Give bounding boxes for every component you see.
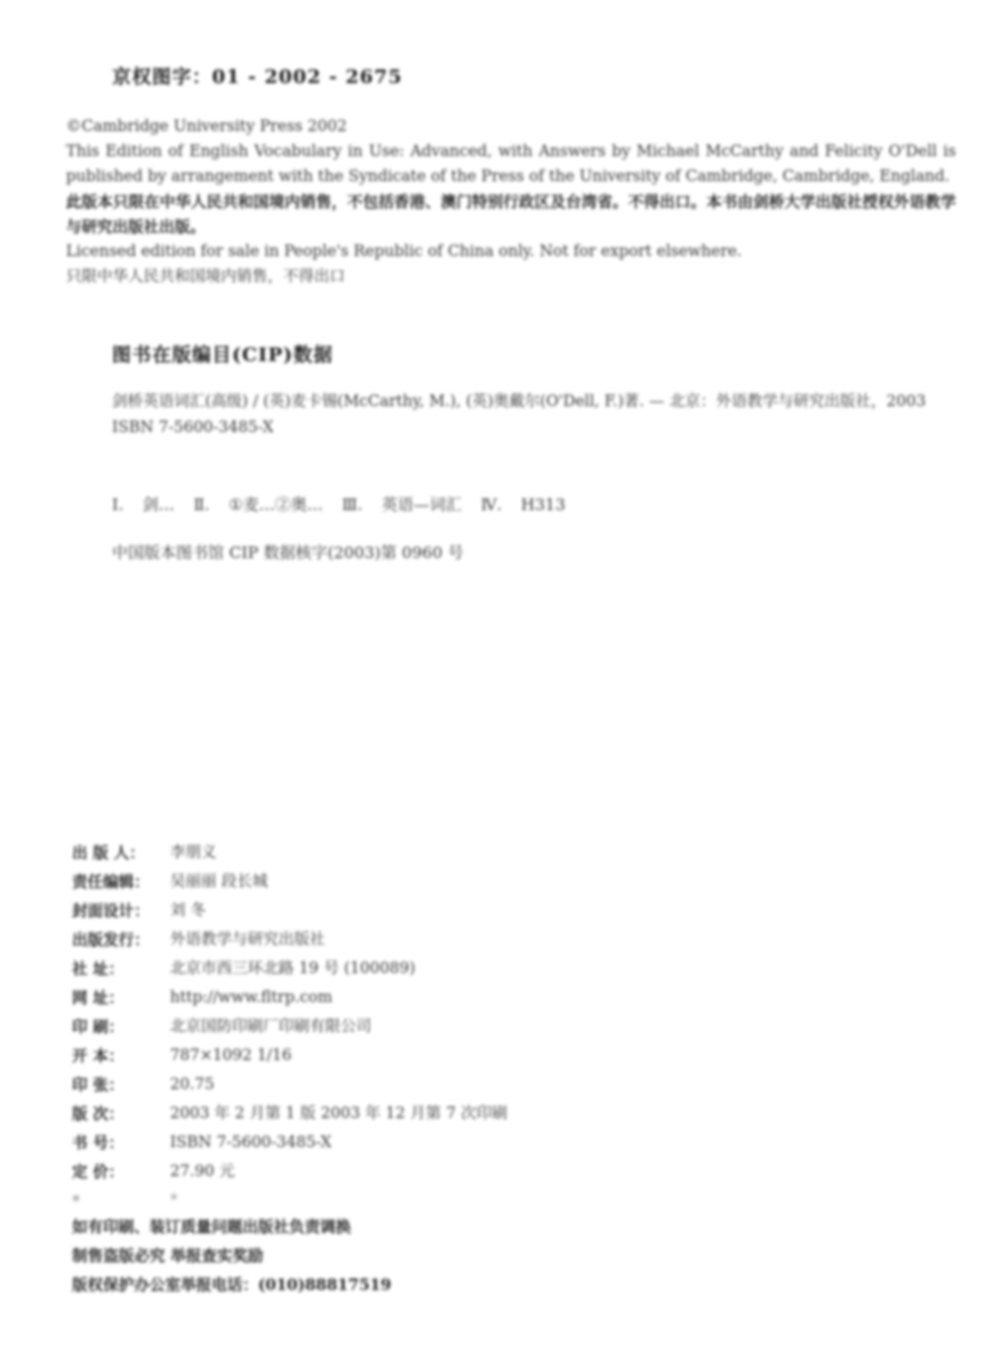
quality-notice: 如有印刷、装订质量问题出版社负责调换 xyxy=(72,1212,391,1241)
copyright-line: ©Cambridge University Press 2002 xyxy=(66,114,956,139)
imprint-value: 外语教学与研究出版社 xyxy=(170,925,325,954)
imprint-row-printer: 印 刷：北京国防印刷厂印刷有限公司 xyxy=(72,1012,507,1041)
imprint-row-publisher-person: 出 版 人：李朋义 xyxy=(72,838,507,867)
imprint-label: 印 刷： xyxy=(72,1012,170,1041)
cip-isbn: ISBN 7-5600-3485-X xyxy=(66,414,956,440)
imprint-value: 20.75 xyxy=(170,1070,214,1099)
imprint-value: ISBN 7-5600-3485-X xyxy=(170,1128,332,1157)
imprint-label: 定 价： xyxy=(72,1157,170,1186)
cip-record: 剑桥英语词汇(高级) / (英)麦卡锡(McCarthy, M.), (英)奥戴… xyxy=(66,388,956,440)
imprint-value: 北京国防印刷厂印刷有限公司 xyxy=(170,1012,372,1041)
imprint-row-editor: 责任编辑：吴丽丽 段长城 xyxy=(72,867,507,896)
imprint-label: 版 次： xyxy=(72,1099,170,1128)
imprint-label: 出版发行： xyxy=(72,925,170,954)
imprint-row-publisher: 出版发行：外语教学与研究出版社 xyxy=(72,925,507,954)
imprint-row-edition: 版 次：2003 年 2 月第 1 版 2003 年 12 月第 7 次印刷 xyxy=(72,1099,507,1128)
imprint-value: http://www.fltrp.com xyxy=(170,983,332,1012)
imprint-row-website: 网 址：http://www.fltrp.com xyxy=(72,983,507,1012)
imprint-label: 网 址： xyxy=(72,983,170,1012)
edition-statement: This Edition of English Vocabulary in Us… xyxy=(66,139,956,189)
imprint-label: 书 号： xyxy=(72,1128,170,1157)
imprint-row-sheets: 印 张：20.75 xyxy=(72,1070,507,1099)
imprint-label: 出 版 人： xyxy=(72,838,170,867)
cip-bibliographic-line: 剑桥英语词汇(高级) / (英)麦卡锡(McCarthy, M.), (英)奥戴… xyxy=(66,388,956,414)
imprint-row-cover-design: 封面设计：刘 冬 xyxy=(72,896,507,925)
cip-heading: 图书在版编目(CIP)数据 xyxy=(112,340,333,367)
imprint-value: 北京市西三环北路 19 号 (100089) xyxy=(170,954,415,983)
copyright-page: 京权图字：01 - 2002 - 2675 ©Cambridge Univers… xyxy=(0,0,1000,1355)
cip-data-number: 中国版本图书馆 CIP 数据核字(2003)第 0960 号 xyxy=(112,540,464,563)
contract-registration-number: 京权图字：01 - 2002 - 2675 xyxy=(112,62,402,89)
notices: 如有印刷、装订质量问题出版社负责调换 制售盗版必究 举报查实奖励 版权保护办公室… xyxy=(72,1212,391,1299)
imprint-row-address: 社 址：北京市西三环北路 19 号 (100089) xyxy=(72,954,507,983)
imprint-table: 出 版 人：李朋义 责任编辑：吴丽丽 段长城 封面设计：刘 冬 出版发行：外语教… xyxy=(72,838,507,1215)
imprint-row-isbn: 书 号：ISBN 7-5600-3485-X xyxy=(72,1128,507,1157)
imprint-value: 27.90 元 xyxy=(170,1157,235,1186)
imprint-label: 印 张： xyxy=(72,1070,170,1099)
cip-classification: Ⅰ. 剑… Ⅱ. ①麦…②奥… Ⅲ. 英语—词汇 Ⅳ. H313 xyxy=(112,492,565,515)
license-statement-cn: 此版本只限在中华人民共和国境内销售，不包括香港、澳门特别行政区及台湾省。不得出口… xyxy=(66,189,956,239)
sale-restriction-en: Licensed edition for sale in People's Re… xyxy=(66,239,956,264)
imprint-label: 责任编辑： xyxy=(72,867,170,896)
imprint-value: 吴丽丽 段长城 xyxy=(170,867,268,896)
separator-mark: * xyxy=(72,1186,170,1215)
imprint-label: 封面设计： xyxy=(72,896,170,925)
imprint-value: 787×1092 1/16 xyxy=(170,1041,292,1070)
imprint-value: 李朋义 xyxy=(170,838,217,867)
imprint-label: 开 本： xyxy=(72,1041,170,1070)
sale-restriction-cn: 只限中华人民共和国境内销售，不得出口 xyxy=(66,264,956,289)
separator-mark: * xyxy=(170,1186,178,1215)
imprint-row-format: 开 本：787×1092 1/16 xyxy=(72,1041,507,1070)
copyright-block: ©Cambridge University Press 2002 This Ed… xyxy=(66,114,956,289)
imprint-separator: ** xyxy=(72,1186,507,1215)
imprint-value: 2003 年 2 月第 1 版 2003 年 12 月第 7 次印刷 xyxy=(170,1099,507,1128)
imprint-value: 刘 冬 xyxy=(170,896,206,925)
piracy-notice: 制售盗版必究 举报查实奖励 xyxy=(72,1241,391,1270)
imprint-row-price: 定 价：27.90 元 xyxy=(72,1157,507,1186)
report-hotline: 版权保护办公室举报电话：(010)88817519 xyxy=(72,1270,391,1299)
imprint-label: 社 址： xyxy=(72,954,170,983)
